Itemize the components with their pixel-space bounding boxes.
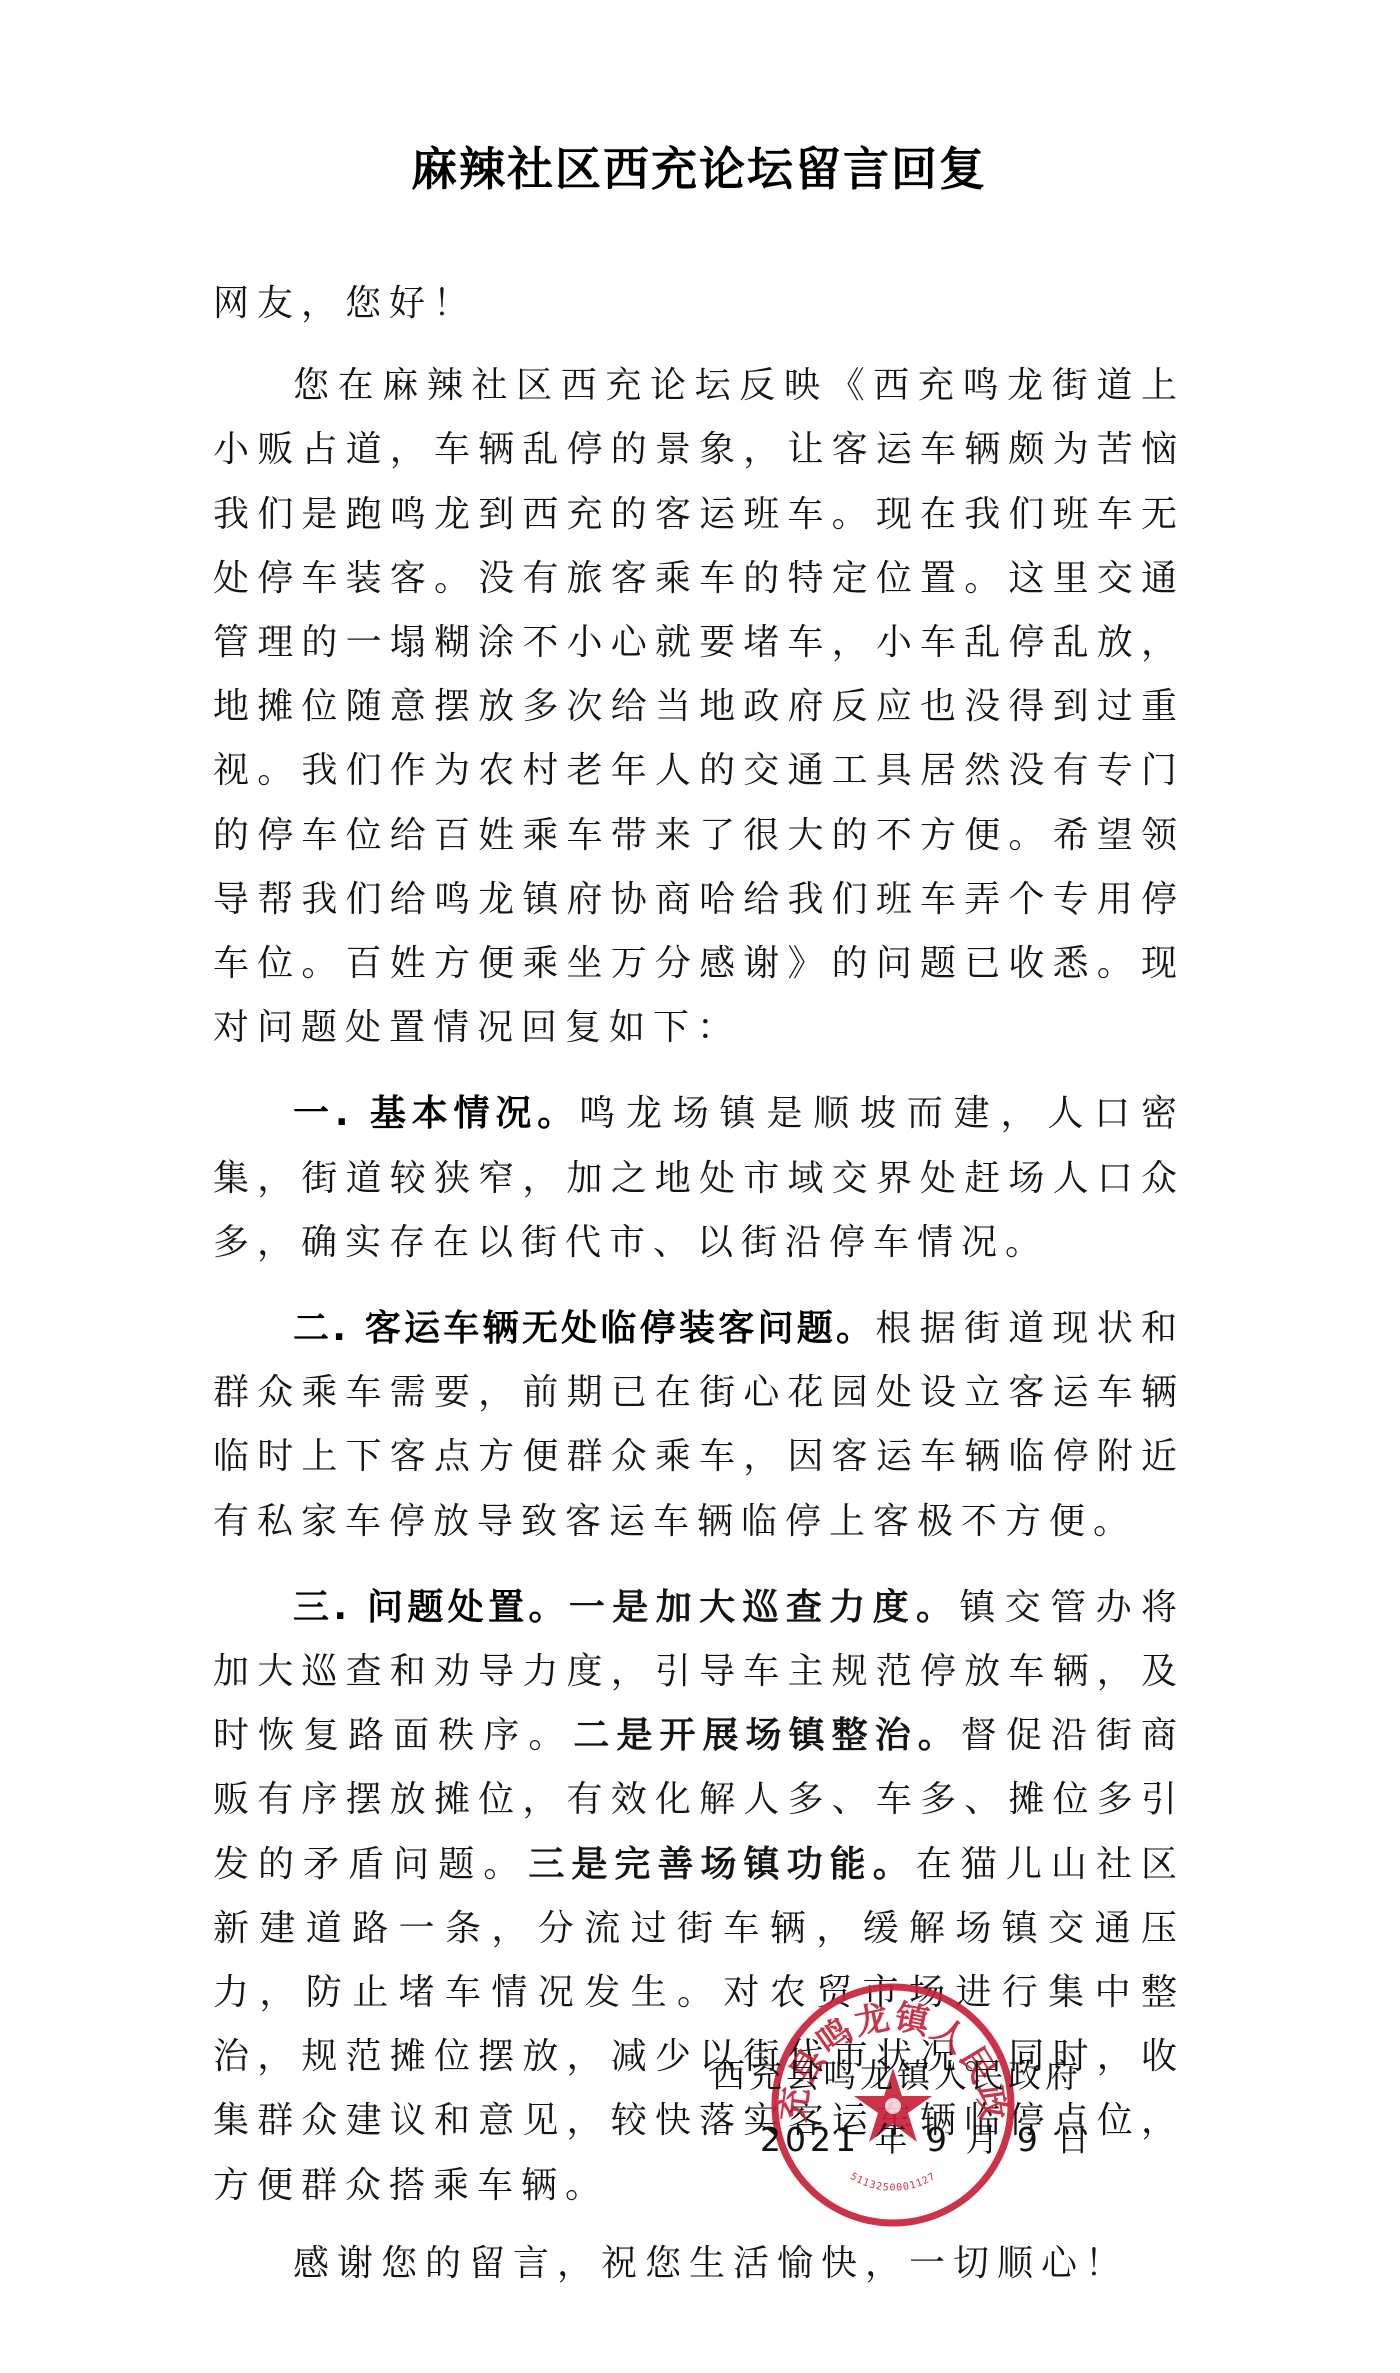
signature-organization: 西充县鸣龙镇人民政府 (712, 2050, 1082, 2097)
closing-line: 感谢您的留言，祝您生活愉快，一切顺心！ (213, 2232, 1185, 2296)
section-heading: 三. 问题处置。 (293, 1587, 569, 1628)
measure-label: 二是开展场镇整治。 (573, 1715, 960, 1756)
seal-code: 5113250001127 (848, 2171, 938, 2194)
section-heading: 二. 客运车辆无处临停装客问题。 (293, 1308, 875, 1349)
measure-label: 一是加大巡查力度。 (569, 1587, 960, 1628)
section-passenger-stop: 二. 客运车辆无处临停装客问题。根据街道现状和群众乘车需要，前期已在街心花园处设… (213, 1297, 1185, 1554)
greeting: 网友，您好！ (213, 272, 1185, 336)
measure-label: 三是完善场镇功能。 (528, 1844, 915, 1885)
intro-paragraph: 您在麻辣社区西充论坛反映《西充鸣龙街道上小贩占道，车辆乱停的景象，让客运车辆颇为… (213, 354, 1185, 1060)
signature-date: 2021 年 9 月 9 日 (760, 2114, 1093, 2161)
letter-body: 网友，您好！ 您在麻辣社区西充论坛反映《西充鸣龙街道上小贩占道，车辆乱停的景象，… (213, 272, 1185, 2296)
section-basic-situation: 一. 基本情况。鸣龙场镇是顺坡而建，人口密集，街道较狭窄，加之地处市域交界处赶场… (213, 1082, 1185, 1275)
svg-text:5113250001127: 5113250001127 (848, 2171, 938, 2194)
document-title: 麻辣社区西充论坛留言回复 (213, 133, 1185, 199)
official-seal-icon: 西充县鸣龙镇人民政府 5113250001127 (768, 1980, 1018, 2230)
section-heading: 一. 基本情况。 (293, 1093, 579, 1134)
